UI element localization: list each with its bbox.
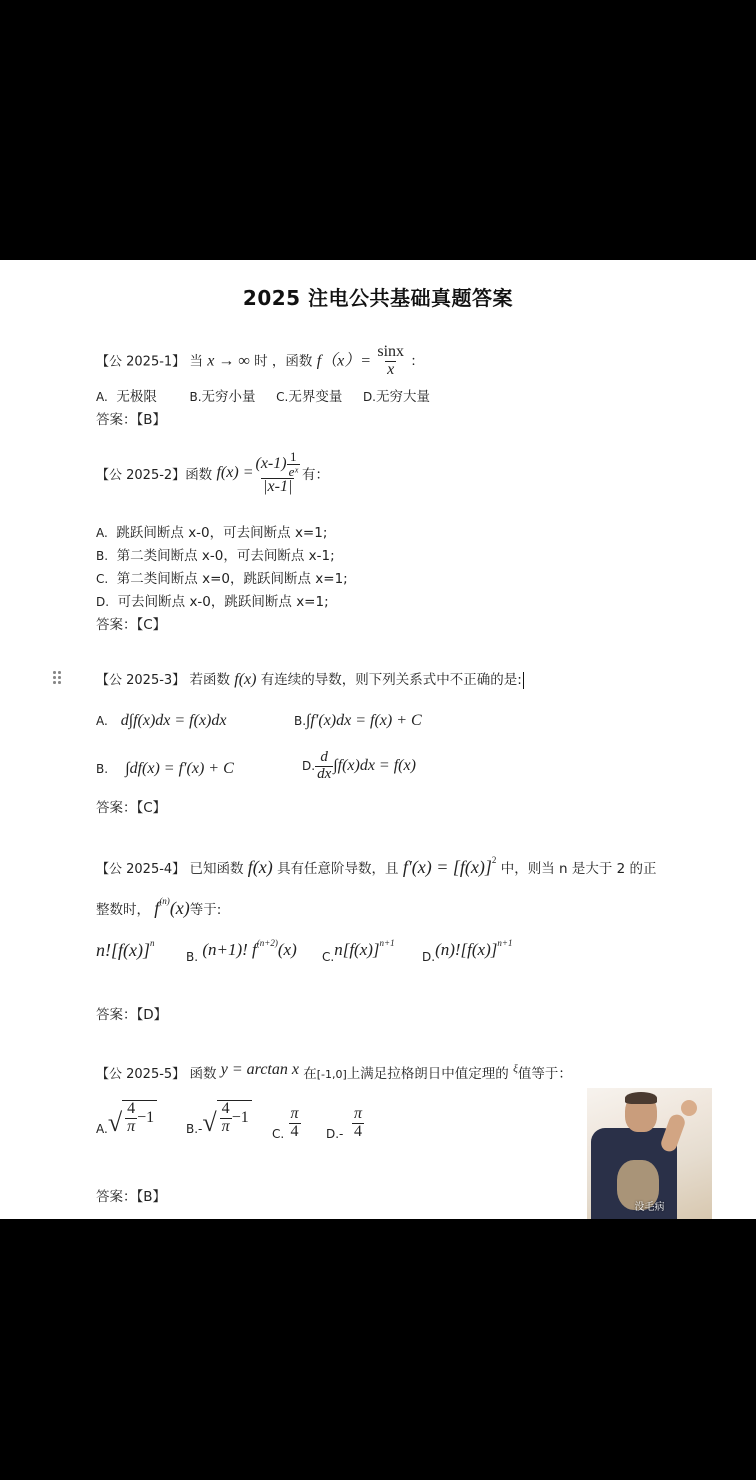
question-3-stem: 【公 2025-3】 若函数 f(x) 有连续的导数，则下列关系式中不正确的是: [96, 668, 524, 689]
question-3-option-d[interactable]: D. ddx ∫f(x)dx = f(x) [302, 750, 416, 783]
option-b[interactable]: B. 第二类间断点 x-0，可去间断点 x-1; [96, 545, 348, 568]
document-page: 2025 注电公共基础真题答案 【公 2025-1】 当 x → ∞ 时 ，函数… [0, 260, 756, 1219]
sqrt-expression: √4π−1 [202, 1100, 251, 1136]
question-2-answer: 答案：【C】 [96, 613, 166, 633]
question-tag: 【公 2025-1】 [96, 354, 185, 369]
document-title: 2025 注电公共基础真题答案 [0, 282, 756, 311]
question-3-option-b[interactable]: B.∫f′(x)dx = f(x) + C [294, 712, 422, 730]
question-4-option-d[interactable]: D.(n)![f(x)]n+1 [422, 940, 512, 960]
question-3-option-a[interactable]: A. d∫f(x)dx = f(x)dx [96, 712, 226, 730]
question-4-option-b[interactable]: B. (n+1)! f(n+2)(x) [186, 940, 297, 960]
text-cursor [523, 672, 525, 689]
sqrt-expression: √4π−1 [108, 1100, 157, 1136]
option-d[interactable]: D. 可去间断点 x-0，跳跃间断点 x=1; [96, 591, 348, 614]
option-c[interactable]: 无界变量 [288, 389, 342, 405]
question-3-option-c[interactable]: B. ∫df(x) = f′(x) + C [96, 760, 234, 778]
option-a[interactable]: 无极限 [116, 389, 157, 405]
question-5-option-d[interactable]: D.- π4 [326, 1106, 364, 1141]
option-a[interactable]: A. 跳跃间断点 x-0，可去间断点 x=1; [96, 522, 348, 545]
question-5-stem: 【公 2025-5】 函数 y = arctan x 在[-1,0]上满足拉格朗… [96, 1062, 572, 1083]
option-c[interactable]: C. 第二类间断点 x=0，跳跃间断点 x=1; [96, 568, 348, 591]
question-5-option-b[interactable]: B.- √4π−1 [186, 1100, 252, 1136]
drag-handle-icon[interactable] [53, 671, 65, 687]
question-1-answer: 答案：【B】 [96, 408, 166, 428]
question-1-options: A. 无极限 B.无穷小量 C.无界变量 D.无穷大量 [96, 385, 430, 405]
question-4-option-a[interactable]: n![f(x)]n [96, 940, 154, 961]
question-5-answer: 答案：【B】 [96, 1185, 166, 1205]
formula-fraction: (x-1) 1eˣ |x-1| [253, 450, 302, 496]
video-caption: 没毛病 [587, 1198, 712, 1213]
formula-fraction: sinx x [375, 344, 406, 379]
question-3-answer: 答案：【C】 [96, 796, 166, 816]
question-1-stem: 【公 2025-1】 当 x → ∞ 时 ，函数 f（x）= sinx x ： [96, 344, 424, 379]
question-5-option-a[interactable]: A. √4π−1 [96, 1100, 157, 1136]
question-5-option-c[interactable]: C. π4 [272, 1106, 301, 1141]
question-2-options: A. 跳跃间断点 x-0，可去间断点 x=1; B. 第二类间断点 x-0，可去… [96, 522, 348, 614]
option-d[interactable]: 无穷大量 [376, 389, 430, 405]
video-overlay-thumbnail[interactable]: 没毛病 [587, 1088, 712, 1219]
question-4-option-c[interactable]: C.n[f(x)]n+1 [322, 940, 395, 960]
question-4-stem-line2: 整数时， f(n)(x)等于: [96, 898, 221, 919]
question-4-answer: 答案：【D】 [96, 1003, 167, 1023]
question-2-stem: 【公 2025-2】 函数 f(x) = (x-1) 1eˣ |x-1| 有： [96, 450, 329, 496]
option-b[interactable]: 无穷小量 [202, 389, 256, 405]
question-4-stem: 【公 2025-4】 已知函数 f(x) 具有任意阶导数，且 f′(x) = [… [96, 857, 657, 878]
